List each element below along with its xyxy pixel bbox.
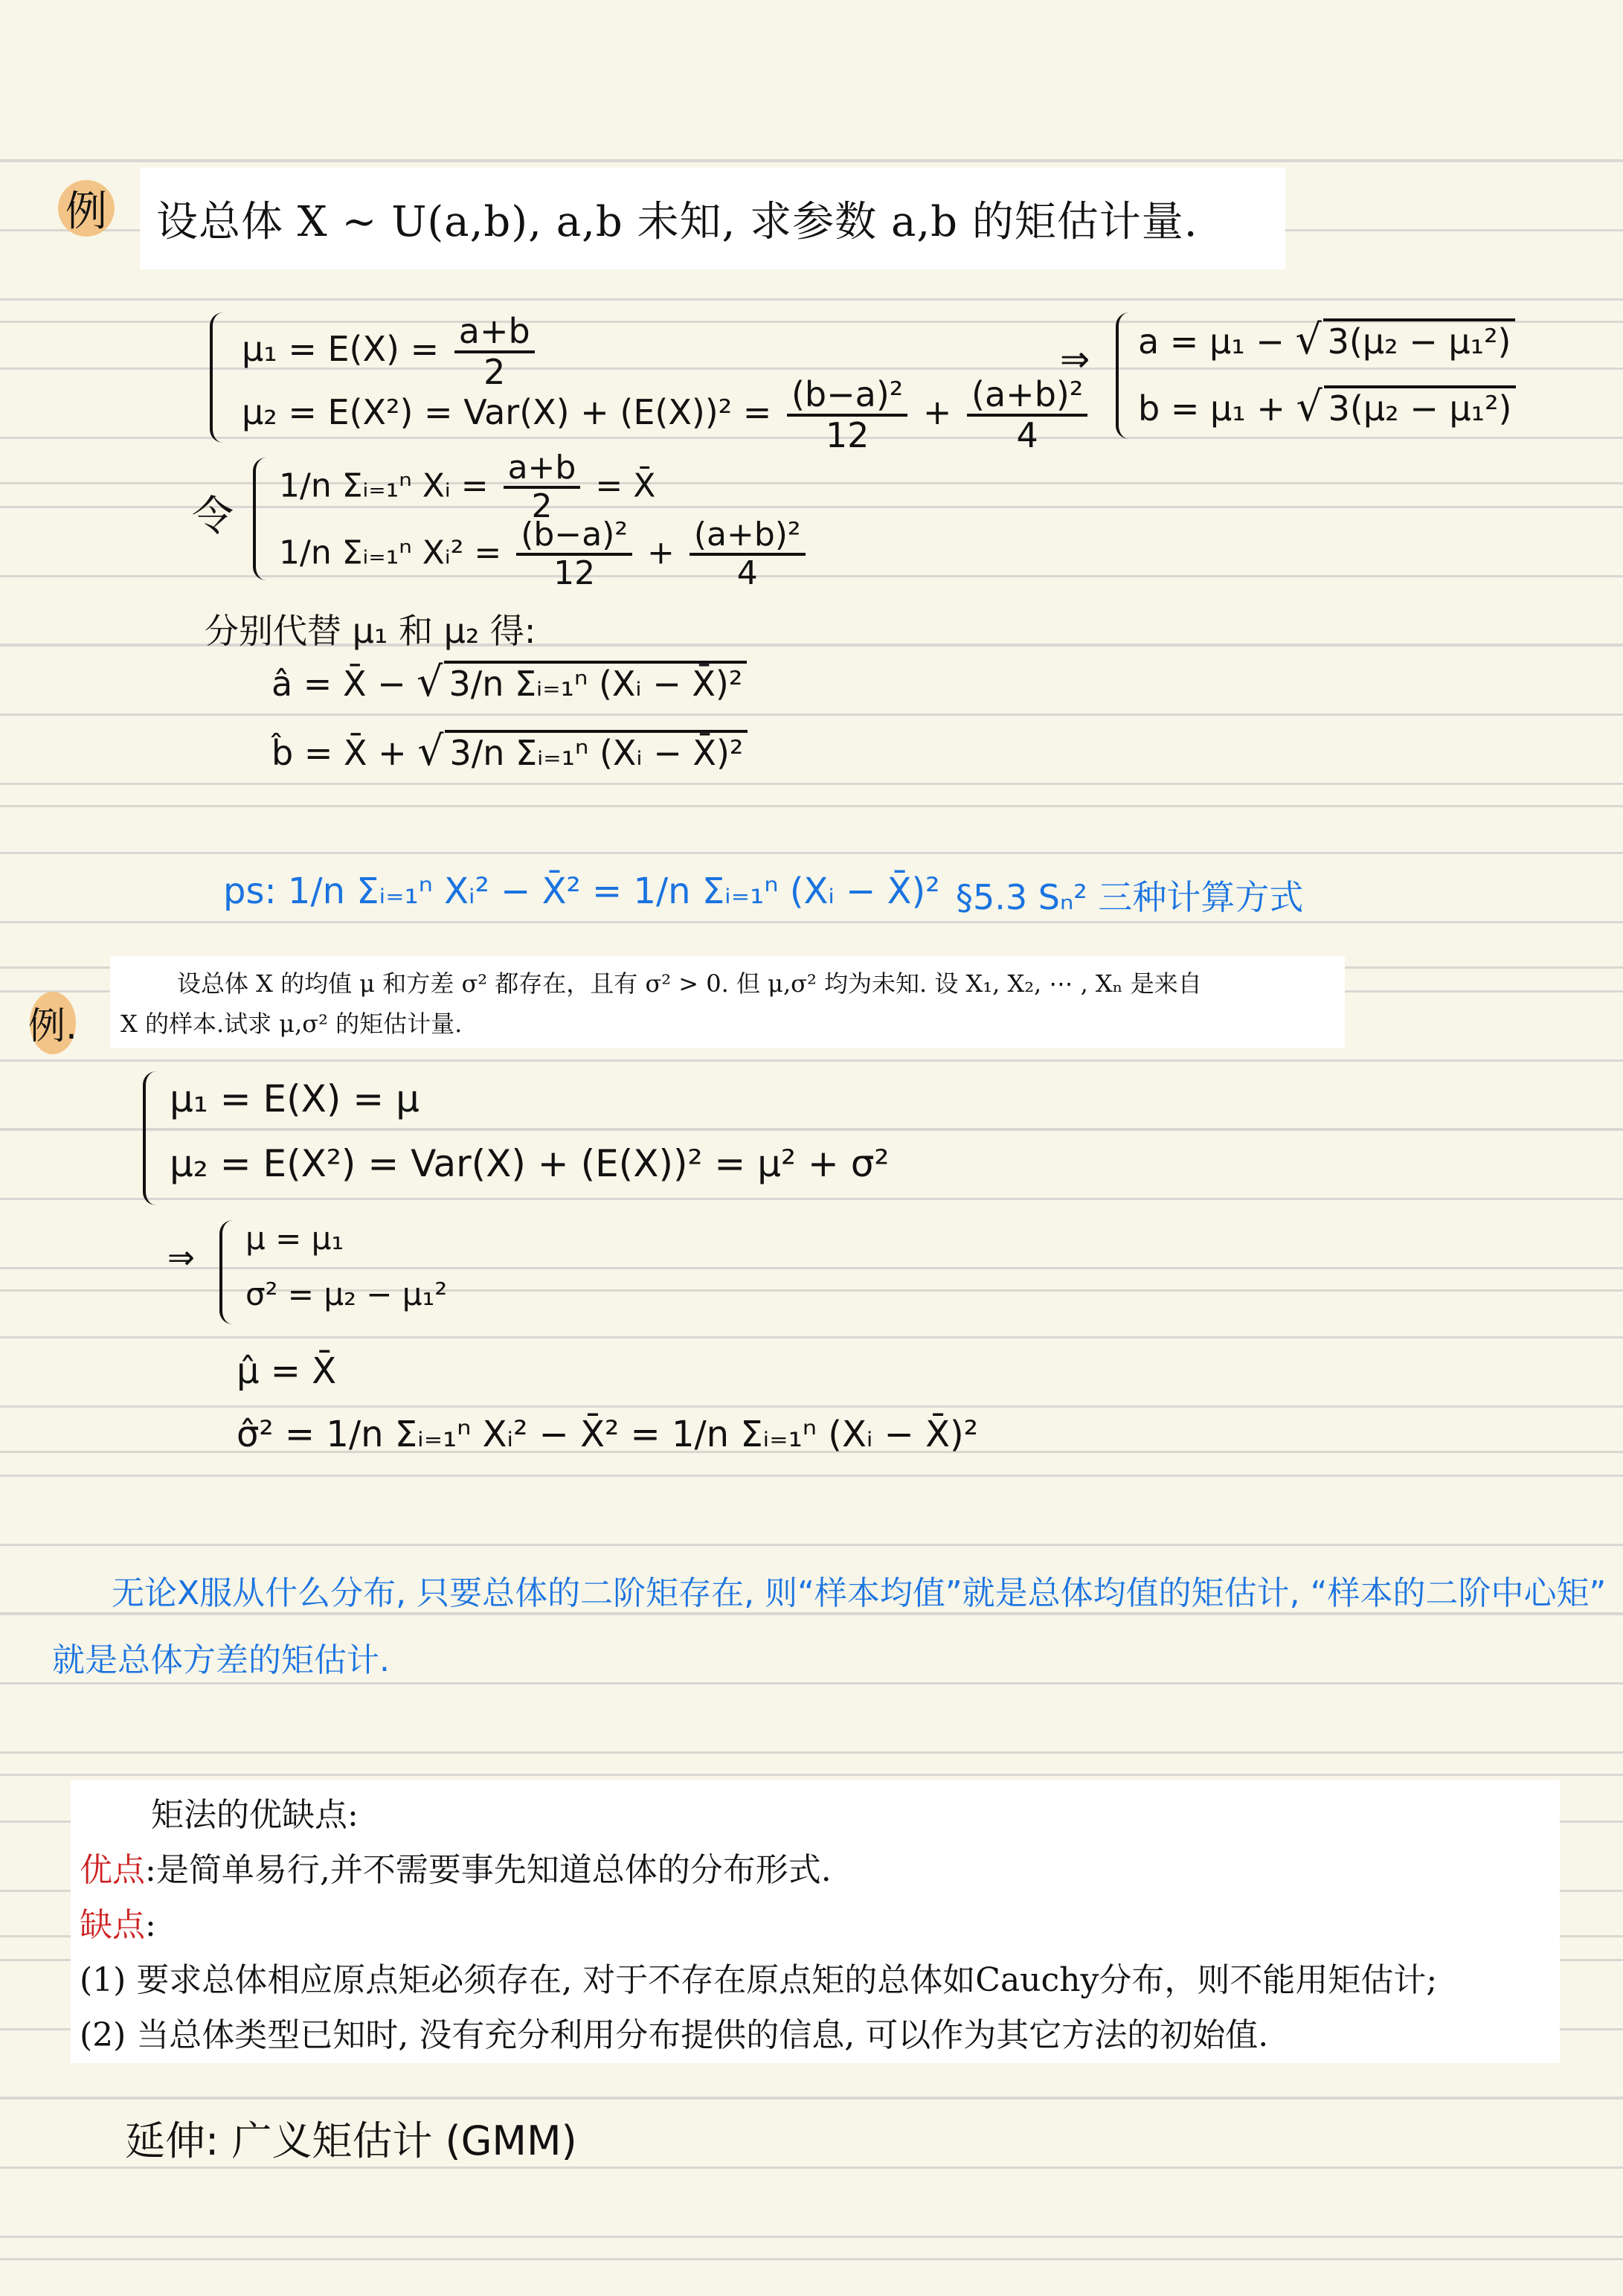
ps-note: ps: 1/n Σᵢ₌₁ⁿ Xᵢ² − X̄² = 1/n Σᵢ₌₁ⁿ (Xᵢ …: [223, 870, 940, 912]
example2-mu1: μ₁ = E(X) = μ: [170, 1077, 420, 1120]
brace-icon: [1116, 312, 1132, 439]
example1-question-card: 设总体 X ~ U(a,b), a,b 未知, 求参数 a,b 的矩估计量.: [140, 167, 1285, 269]
ps-reference: §5.3 Sₙ² 三种计算方式: [956, 870, 1303, 920]
let-equation-1: 1/n Σᵢ₌₁ⁿ Xᵢ = a+b2 = X̄: [279, 450, 655, 525]
example-badge: 例.: [30, 992, 76, 1054]
estimator-a-hat: â = X̄ − √3/n Σᵢ₌₁ⁿ (Xᵢ − X̄)²: [271, 658, 747, 706]
brace-icon: [143, 1071, 159, 1205]
brace-icon: [219, 1220, 234, 1324]
estimator-sigma2-hat: σ̂² = 1/n Σᵢ₌₁ⁿ Xᵢ² − X̄² = 1/n Σᵢ₌₁ⁿ (X…: [237, 1414, 978, 1455]
example-badge-label: 例: [65, 179, 107, 238]
example2-mu2: μ₂ = E(X²) = Var(X) + (E(X))² = μ² + σ²: [170, 1142, 889, 1185]
example2-question-line2: X 的样本.试求 μ,σ² 的矩估计量.: [120, 1004, 1334, 1044]
cons-label: 缺点: [80, 1906, 145, 1944]
implies-arrow-icon: ⇒: [1060, 339, 1090, 380]
solution-a: a = μ₁ − √3(μ₂ − μ₁²): [1138, 316, 1515, 364]
moment-mu2-equation: μ₂ = E(X²) = Var(X) + (E(X))² = (b−a)²12…: [242, 376, 1092, 454]
example2-question-line1: 设总体 X 的均值 μ 和方差 σ² 都存在，且有 σ² > 0. 但 μ,σ²…: [120, 963, 1334, 1004]
pros-line: 优点:是简单易行,并不需要事先知道总体的分布形式.: [80, 1843, 1551, 1898]
let-equation-2: 1/n Σᵢ₌₁ⁿ Xᵢ² = (b−a)²12 + (a+b)²4: [279, 517, 810, 592]
implies-arrow-icon: ⇒: [167, 1239, 195, 1277]
solution-b: b = μ₁ + √3(μ₂ − μ₁²): [1138, 383, 1516, 431]
pros-cons-card: 矩法的优缺点: 优点:是简单易行,并不需要事先知道总体的分布形式. 缺点: (1…: [71, 1780, 1560, 2063]
let-label: 令: [192, 484, 234, 543]
brace-icon: [210, 312, 228, 443]
example2-solution-mu: μ = μ₁: [245, 1220, 344, 1257]
pros-label: 优点: [80, 1851, 145, 1889]
estimator-mu-hat: μ̂ = X̄: [237, 1350, 336, 1392]
example-badge: 例: [58, 180, 115, 237]
cons-line: 缺点:: [80, 1898, 1551, 1953]
example2-solution-sigma2: σ² = μ₂ − μ₁²: [245, 1276, 447, 1312]
example2-question-card: 设总体 X 的均值 μ 和方差 σ² 都存在，且有 σ² > 0. 但 μ,σ²…: [110, 956, 1345, 1048]
substitute-text: 分别代替 μ₁ 和 μ₂ 得:: [205, 604, 536, 653]
example-badge-label: 例.: [28, 996, 77, 1050]
estimator-b-hat: b̂ = X̄ + √3/n Σᵢ₌₁ⁿ (Xᵢ − X̄)²: [271, 728, 748, 775]
example1-question: 设总体 X ~ U(a,b), a,b 未知, 求参数 a,b 的矩估计量.: [156, 189, 1198, 248]
cons-item-2: (2) 当总体类型已知时, 没有充分利用分布提供的信息, 可以作为其它方法的初始…: [80, 2008, 1551, 2063]
extension-note: 延伸: 广义矩估计 (GMM): [125, 2109, 577, 2167]
blue-comment-line1: 无论X服从什么分布, 只要总体的二阶矩存在, 则“样本均值”就是总体均值的矩估计…: [112, 1566, 1606, 1614]
cons-item-1: (1) 要求总体相应原点矩必须存在, 对于不存在原点矩的总体如Cauchy分布，…: [80, 1953, 1551, 2008]
pros-text: :是简单易行,并不需要事先知道总体的分布形式.: [145, 1851, 832, 1889]
brace-icon: [253, 458, 269, 580]
pros-cons-title: 矩法的优缺点:: [80, 1788, 1551, 1843]
blue-comment-line2: 就是总体方差的矩估计.: [52, 1633, 390, 1681]
